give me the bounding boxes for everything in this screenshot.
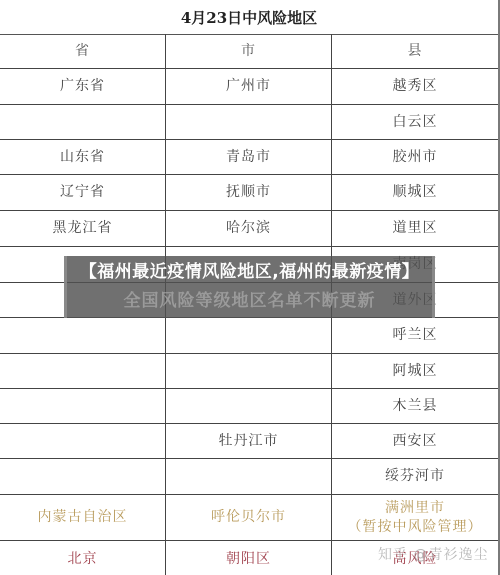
county-cell: 木兰县 xyxy=(332,389,498,423)
city-cell: 哈尔滨 xyxy=(166,211,332,246)
banner-title: 【福州最近疫情风险地区,福州的最新疫情】 xyxy=(77,260,422,285)
header-province: 省 xyxy=(0,34,166,68)
header-city: 市 xyxy=(166,34,332,68)
county-cell: 绥芬河市 xyxy=(332,459,498,494)
county-cell: 西安区 xyxy=(332,424,498,458)
city-cell xyxy=(166,459,332,494)
province-cell xyxy=(0,318,166,353)
county-cell: 道里区 xyxy=(332,211,498,246)
city-cell: 牡丹江市 xyxy=(166,424,332,458)
city-cell: 朝阳区 xyxy=(166,541,332,575)
table-row: 白云区 xyxy=(0,105,498,140)
province-cell: 辽宁省 xyxy=(0,175,166,210)
county-note: （暂按中风险管理） xyxy=(348,518,483,537)
city-cell: 青岛市 xyxy=(166,140,332,174)
table-row: 牡丹江市 西安区 xyxy=(0,424,498,459)
table-title: 4月23日中风险地区 xyxy=(0,0,498,35)
table-row: 呼兰区 xyxy=(0,318,498,354)
banner-subtitle: 全国风险等级地区名单不断更新 xyxy=(67,286,432,311)
table-row: 阿城区 xyxy=(0,354,498,389)
county-name: 满洲里市 xyxy=(385,499,445,518)
table-row: 黑龙江省 哈尔滨 道里区 xyxy=(0,211,498,247)
watermark: 知乎 @青衫逸尘 xyxy=(378,544,488,564)
city-cell: 呼伦贝尔市 xyxy=(166,495,332,540)
county-cell: 满洲里市 （暂按中风险管理） xyxy=(332,495,498,540)
table-row: 山东省 青岛市 胶州市 xyxy=(0,140,498,175)
county-cell: 越秀区 xyxy=(332,69,498,104)
county-cell: 胶州市 xyxy=(332,140,498,174)
county-cell: 白云区 xyxy=(332,105,498,139)
article-title-banner: 全国风险等级地区名单不断更新 【福州最近疫情风险地区,福州的最新疫情】 xyxy=(64,256,435,318)
county-cell: 阿城区 xyxy=(332,354,498,388)
city-cell xyxy=(166,105,332,139)
city-cell xyxy=(166,318,332,353)
province-cell xyxy=(0,105,166,139)
city-cell: 广州市 xyxy=(166,69,332,104)
table-row: 广东省 广州市 越秀区 xyxy=(0,69,498,105)
header-county: 县 xyxy=(332,34,498,68)
province-cell: 山东省 xyxy=(0,140,166,174)
table-row: 内蒙古自治区 呼伦贝尔市 满洲里市 （暂按中风险管理） xyxy=(0,495,498,541)
province-cell: 北京 xyxy=(0,541,166,575)
province-cell xyxy=(0,389,166,423)
county-cell: 呼兰区 xyxy=(332,318,498,353)
city-cell xyxy=(166,389,332,423)
city-cell xyxy=(166,354,332,388)
county-cell: 顺城区 xyxy=(332,175,498,210)
table-header-row: 省 市 县 xyxy=(0,34,498,69)
province-cell xyxy=(0,354,166,388)
city-cell: 抚顺市 xyxy=(166,175,332,210)
province-cell: 广东省 xyxy=(0,69,166,104)
table-row: 辽宁省 抚顺市 顺城区 xyxy=(0,175,498,211)
province-cell xyxy=(0,459,166,494)
province-cell: 黑龙江省 xyxy=(0,211,166,246)
table-row: 木兰县 xyxy=(0,389,498,424)
table-row: 绥芬河市 xyxy=(0,459,498,495)
province-cell: 内蒙古自治区 xyxy=(0,495,166,540)
province-cell xyxy=(0,424,166,458)
